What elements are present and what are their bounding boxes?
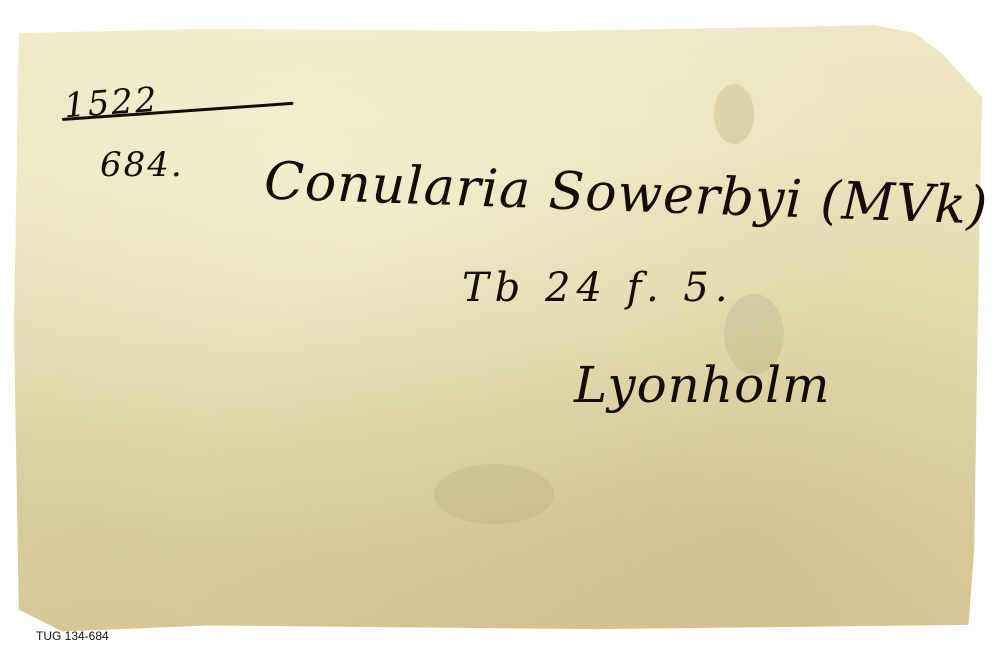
catalog-number-bottom: 684.: [100, 148, 184, 182]
paper-stain: [434, 464, 554, 524]
locality: Lyonholm: [574, 360, 831, 410]
plate-figure-reference: Tb 24 f. 5.: [462, 268, 734, 308]
specimen-caption: TUG 134-684: [36, 629, 109, 643]
paper-stain: [714, 84, 754, 144]
